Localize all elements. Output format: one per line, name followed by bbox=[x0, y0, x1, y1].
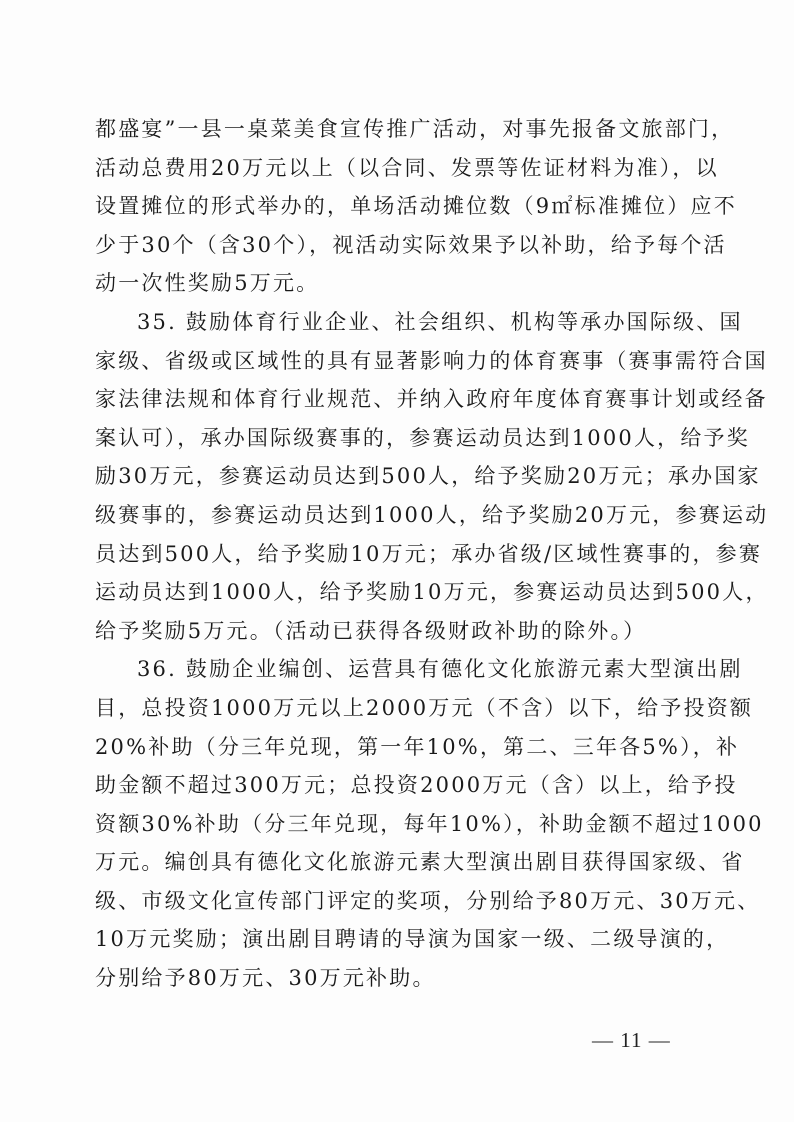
text-line: 万元。编创具有德化文化旅游元素大型演出剧目获得国家级、省 bbox=[95, 843, 685, 882]
text-line: 目，总投资1000万元以上2000万元（不含）以下，给予投资额 bbox=[95, 689, 685, 728]
text-line: 助金额不超过300万元；总投资2000万元（含）以上，给予投 bbox=[95, 766, 685, 805]
document-page: 都盛宴”一县一桌菜美食宣传推广活动，对事先报备文旅部门， 活动总费用20万元以上… bbox=[0, 0, 794, 1122]
text-line: 少于30个（含30个），视活动实际效果予以补助，给予每个活 bbox=[95, 226, 685, 265]
text-line: 都盛宴”一县一桌菜美食宣传推广活动，对事先报备文旅部门， bbox=[95, 110, 685, 149]
text-line: 10万元奖励；演出剧目聘请的导演为国家一级、二级导演的， bbox=[95, 920, 685, 959]
text-line: 活动总费用20万元以上（以合同、发票等佐证材料为准），以 bbox=[95, 149, 685, 188]
text-line: 家级、省级或区域性的具有显著影响力的体育赛事（赛事需符合国 bbox=[95, 342, 685, 381]
text-line: 员达到500人，给予奖励10万元；承办省级/区域性赛事的，参赛 bbox=[95, 535, 685, 574]
text-line: 给予奖励5万元。（活动已获得各级财政补助的除外。） bbox=[95, 612, 685, 651]
paragraph-35-first-line: 35. 鼓励体育行业企业、社会组织、机构等承办国际级、国 bbox=[95, 303, 685, 342]
text-line: 励30万元，参赛运动员达到500人，给予奖励20万元；承办国家 bbox=[95, 457, 685, 496]
body-text: 都盛宴”一县一桌菜美食宣传推广活动，对事先报备文旅部门， 活动总费用20万元以上… bbox=[95, 110, 685, 998]
text-line: 分别给予80万元、30万元补助。 bbox=[95, 959, 685, 998]
text-line: 级、市级文化宣传部门评定的奖项，分别给予80万元、30万元、 bbox=[95, 882, 685, 921]
text-line: 资额30%补助（分三年兑现，每年10%），补助金额不超过1000 bbox=[95, 805, 685, 844]
text-line: 案认可），承办国际级赛事的，参赛运动员达到1000人，给予奖 bbox=[95, 419, 685, 458]
text-line: 动一次性奖励5万元。 bbox=[95, 264, 685, 303]
text-line: 20%补助（分三年兑现，第一年10%，第二、三年各5%），补 bbox=[95, 728, 685, 767]
text-line: 运动员达到1000人，给予奖励10万元，参赛运动员达到500人， bbox=[95, 573, 685, 612]
paragraph-36-first-line: 36. 鼓励企业编创、运营具有德化文化旅游元素大型演出剧 bbox=[95, 650, 685, 689]
text-line: 设置摊位的形式举办的，单场活动摊位数（9㎡标准摊位）应不 bbox=[95, 187, 685, 226]
text-line: 级赛事的，参赛运动员达到1000人，给予奖励20万元，参赛运动 bbox=[95, 496, 685, 535]
page-number: — 11 — bbox=[592, 1028, 671, 1053]
text-line: 家法律法规和体育行业规范、并纳入政府年度体育赛事计划或经备 bbox=[95, 380, 685, 419]
